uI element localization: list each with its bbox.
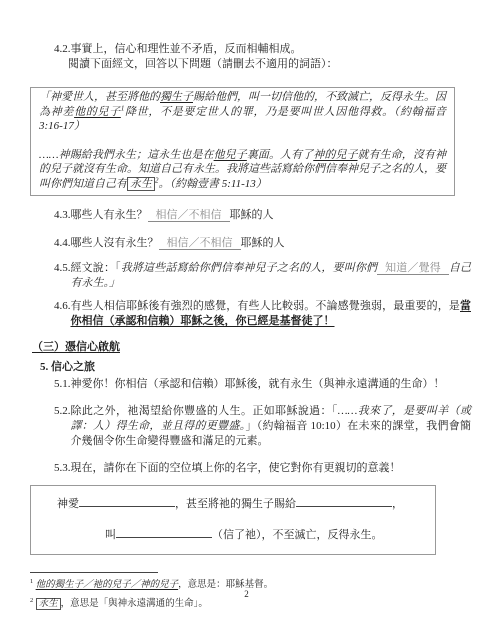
fill-in-text: 叫	[105, 529, 116, 541]
fill-in-line-1: 神愛，甚至將祂的獨生子賜給，	[57, 495, 425, 512]
scripture-quote-box: 「神愛世人，甚至將他的獨生子賜給他們，叫一切信他的，不致滅亡，反得永生。因為神差…	[30, 87, 455, 196]
scripture-paragraph-2: ……神賜給我們永生；這永生也是在他兒子裏面。人有了神的兒子就有生命，沒有神的兒子…	[39, 148, 446, 192]
question-lead: 經文說：「	[71, 262, 121, 274]
question-4-4: 4.4. 哪些人沒有永生？相信／不相信耶穌的人	[54, 236, 471, 251]
question-number: 4.3.	[54, 208, 71, 223]
scripture-text: 。（約翰壹書 5:11-13）	[159, 178, 267, 190]
question-text: 哪些人沒有永生？	[71, 237, 159, 249]
question-number: 5.3.	[54, 461, 71, 476]
question-5-1: 5.1. 神愛你！你相信（承認和信賴）耶穌後，就有永生（與神永遠溝通的生命）！	[54, 377, 471, 392]
scripture-text: 裏面。人有了	[247, 149, 313, 161]
underlined-term-his-son: 他兒子	[214, 149, 247, 161]
fill-in-name-box: 神愛，甚至將祂的獨生子賜給， 叫（信了祂），不至滅亡，反得永生。	[30, 485, 436, 555]
answer-blank: 知道／覺得	[377, 262, 449, 275]
underlined-term-son-of-god: 神的兒子	[313, 149, 357, 161]
name-blank-field	[79, 495, 175, 507]
question-number: 4.5.	[54, 261, 71, 276]
item-5-heading: 5. 信心之旅	[40, 360, 471, 375]
question-text: 有些人相信耶穌後有強烈的感覺，有些人比較弱。不論感覺強弱，最重要的，是	[71, 300, 461, 312]
underlined-term-only-begotten-son: 獨生子	[160, 91, 193, 103]
item-title: 信心之旅	[51, 360, 471, 375]
answer-blank: 相信／不相信	[148, 209, 230, 222]
question-4-6: 4.6. 有些人相信耶穌後有強烈的感覺，有些人比較弱。不論感覺強弱，最重要的，是…	[54, 299, 471, 329]
question-number: 4.4.	[54, 236, 71, 251]
fill-in-text: ，	[392, 498, 403, 510]
question-number: 4.2.	[54, 42, 71, 57]
scripture-inline-quote: 我將這些話寫給你們信奉神兒子之名的人，要叫你們	[121, 262, 377, 274]
name-blank-field	[116, 526, 212, 538]
boxed-term-eternal-life: 永生	[127, 177, 155, 191]
question-text: 哪些人有永生？	[71, 209, 148, 221]
question-suffix: 耶穌的人	[230, 209, 274, 221]
footnote-separator	[30, 572, 158, 573]
worksheet-page: 4.2. 事實上，信心和理性並不矛盾，反而相輔相成。 閱讀下面經文，回答以下問題…	[0, 0, 493, 638]
footnote-marker-1: 1	[30, 578, 33, 585]
question-4-5: 4.5. 經文說：「我將這些話寫給你們信奉神兒子之名的人，要叫你們知道／覺得自己…	[54, 261, 471, 291]
question-5-3: 5.3. 現在，請你在下面的空位填上你的名字，使它對你有更親切的意義！	[54, 461, 471, 476]
question-4-2: 4.2. 事實上，信心和理性並不矛盾，反而相輔相成。	[54, 42, 471, 57]
item-number: 5.	[40, 360, 48, 375]
question-4-2-instruction: 閱讀下面經文，回答以下問題（請刪去不適用的詞語）：	[68, 57, 471, 72]
question-suffix: 耶穌的人	[241, 237, 285, 249]
paragraph-gap	[39, 134, 446, 148]
section-heading: （三）憑信心啟航	[32, 340, 471, 355]
question-4-3: 4.3. 哪些人有永生？相信／不相信耶穌的人	[54, 208, 471, 223]
scripture-text: 「神愛世人，甚至將他的	[39, 91, 160, 103]
fill-in-text: 神愛	[57, 498, 79, 510]
question-text: 神愛你！你相信（承認和信賴）耶穌後，就有永生（與神永遠溝通的生命）！	[71, 377, 472, 392]
name-blank-field	[296, 495, 392, 507]
question-number: 5.2.	[54, 404, 71, 419]
question-text: 事實上，信心和理性並不矛盾，反而相輔相成。	[71, 42, 472, 57]
question-text: 現在，請你在下面的空位填上你的名字，使它對你有更親切的意義！	[71, 461, 472, 476]
fill-in-text: ，甚至將祂的獨生子賜給	[175, 498, 296, 510]
question-number: 5.1.	[54, 377, 71, 392]
scripture-paragraph-1: 「神愛世人，甚至將他的獨生子賜給他們，叫一切信他的，不致滅亡，反得永生。因為神差…	[39, 90, 446, 134]
fill-in-text: （信了祂），不至滅亡，反得永生。	[212, 529, 383, 541]
answer-blank: 相信／不相信	[159, 237, 241, 250]
section-heading-text: （三）憑信心啟航	[32, 341, 120, 353]
page-number: 2	[0, 587, 493, 602]
underlined-term-his-son: 他的兒子	[74, 106, 121, 118]
fill-in-line-2: 叫（信了祂），不至滅亡，反得永生。	[105, 526, 425, 543]
scripture-text: ……神賜給我們永生；這永生也是在	[39, 149, 214, 161]
question-number: 4.6.	[54, 299, 71, 314]
question-text: 除此之外，祂渴望給你豐盛的人生。正如耶穌說過：「	[71, 405, 338, 417]
question-5-2: 5.2. 除此之外，祂渴望給你豐盛的人生。正如耶穌說過：「……我來了，是要叫羊（…	[54, 404, 471, 449]
